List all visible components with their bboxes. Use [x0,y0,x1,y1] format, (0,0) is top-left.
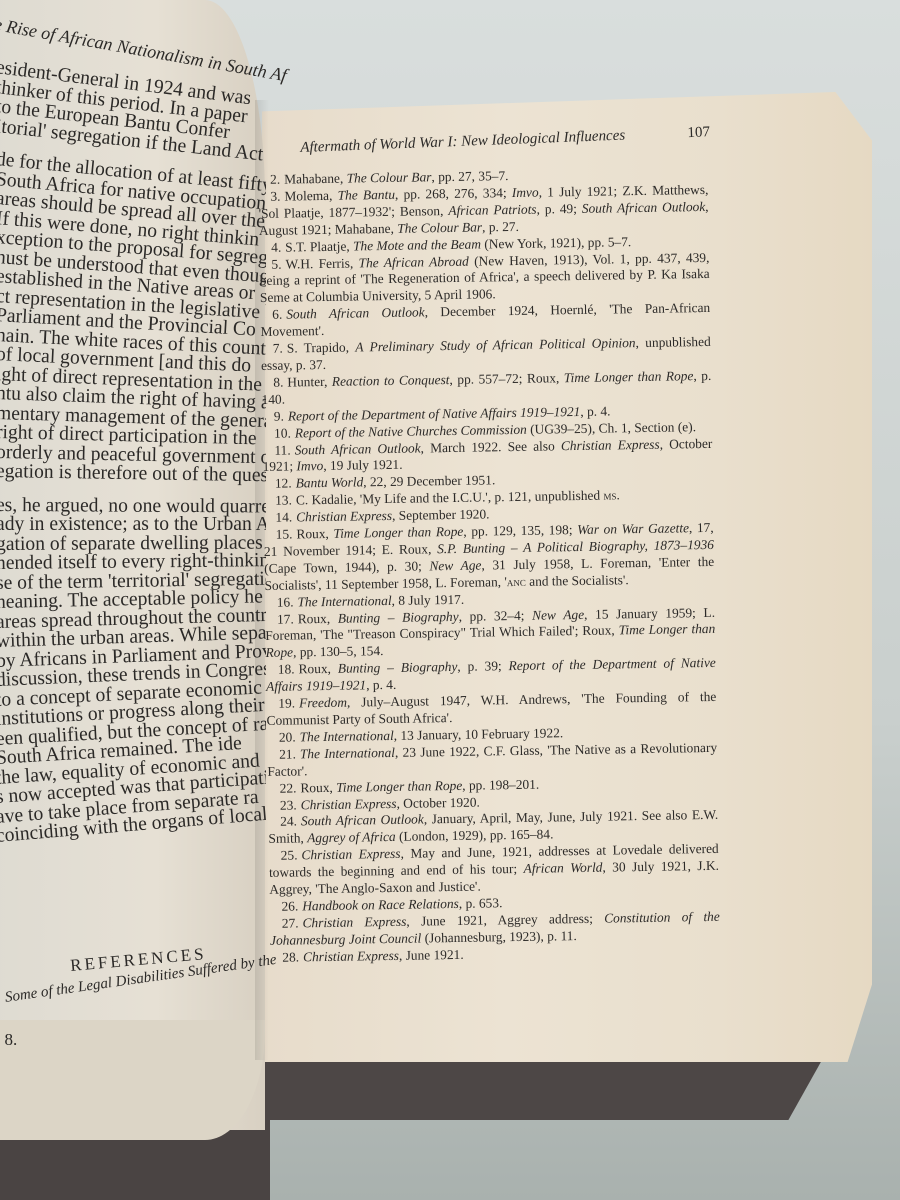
endnote-text: Mahabane, The Colour Bar, pp. 27, 35–7. [284,168,509,187]
endnote-number: 10. [274,425,291,440]
endnote-number: 17. [277,611,294,626]
references-page-ref: . 8. [0,1030,17,1050]
endnote-text: Christian Express, May and June, 1921, a… [269,841,719,897]
body-line: egation is therefore out of the question [0,462,261,486]
endnote-text: Roux, Bunting – Biography, pp. 32–4; New… [265,604,715,660]
endnote-text: Christian Express, September 1920. [296,507,490,525]
endnote-number: 27. [282,915,299,930]
endnote-number: 12. [275,476,292,491]
endnote-text: The International, 13 January, 10 Februa… [300,725,564,744]
endnote-number: 4. [271,239,281,254]
endnote-text: The International, 8 July 1917. [297,591,464,609]
left-page-body: esident-General in 1924 and wasthinker o… [0,58,266,847]
endnote-item: 3.Molema, The Bantu, pp. 268, 276, 334; … [258,182,709,240]
endnote-number: 26. [281,898,298,913]
endnote-number: 5. [271,256,281,271]
endnote-number: 21. [279,746,296,761]
endnote-text: Christian Express, June 1921. [303,947,464,965]
endnote-number: 20. [279,729,296,744]
endnote-number: 6. [272,307,282,322]
endnote-number: 7. [273,341,283,356]
endnote-number: 16. [277,594,294,609]
book-shadow-right [262,1060,822,1120]
endnote-number: 8. [273,375,283,390]
endnote-text: Freedom, July–August 1947, W.H. Andrews,… [266,689,716,728]
endnote-text: Christian Express, June 1921, Aggrey add… [270,909,720,948]
endnote-number: 23. [280,797,297,812]
endnote-number: 14. [275,510,292,525]
endnote-number: 25. [281,848,298,863]
left-page-curl [0,1020,265,1140]
endnote-text: South African Outlook, January, April, M… [268,807,718,846]
endnote-number: 22. [280,780,297,795]
endnote-text: The International, 23 June 1922, C.F. Gl… [267,740,717,779]
endnote-number: 24. [280,814,297,829]
endnote-number: 13. [275,493,292,508]
page-number: 107 [687,124,710,142]
endnote-text: South African Outlook, March 1922. See a… [263,435,713,474]
endnote-text: Hunter, Reaction to Conquest, pp. 557–72… [261,368,711,407]
endnote-text: S. Trapido, A Preliminary Study of Afric… [261,334,711,373]
endnote-number: 9. [274,408,284,423]
endnote-item: 17.Roux, Bunting – Biography, pp. 32–4; … [265,604,716,662]
endnote-text: W.H. Ferris, The African Abroad (New Hav… [260,249,710,305]
endnote-number: 19. [278,696,295,711]
endnote-number: 15. [276,527,293,542]
endnote-text: Roux, Time Longer than Rope, pp. 129, 13… [264,520,714,593]
endnote-number: 3. [270,189,280,204]
endnote-number: 11. [274,442,290,457]
endnotes-list: 2.Mahabane, The Colour Bar, pp. 27, 35–7… [258,165,720,967]
endnote-number: 28. [282,949,299,964]
photo-scene: e Rise of African Nationalism in South A… [0,0,900,1200]
endnote-text: Handbook on Race Relations, p. 653. [302,895,502,913]
endnote-text: South African Outlook, December 1924, Ho… [260,300,710,339]
endnote-text: Christian Express, October 1920. [301,794,480,812]
endnote-item: 25.Christian Express, May and June, 1921… [269,841,720,899]
endnote-text: Roux, Bunting – Biography, p. 39; Report… [266,655,716,694]
endnote-number: 18. [278,662,295,677]
endnote-text: Molema, The Bantu, pp. 268, 276, 334; Im… [259,182,709,238]
endnote-text: Roux, Time Longer than Rope, pp. 198–201… [300,776,539,795]
endnote-item: 5.W.H. Ferris, The African Abroad (New H… [259,249,710,307]
endnote-item: 15.Roux, Time Longer than Rope, pp. 129,… [264,520,715,595]
endnote-text: Bantu World, 22, 29 December 1951. [296,473,496,491]
endnote-number: 2. [270,172,280,187]
